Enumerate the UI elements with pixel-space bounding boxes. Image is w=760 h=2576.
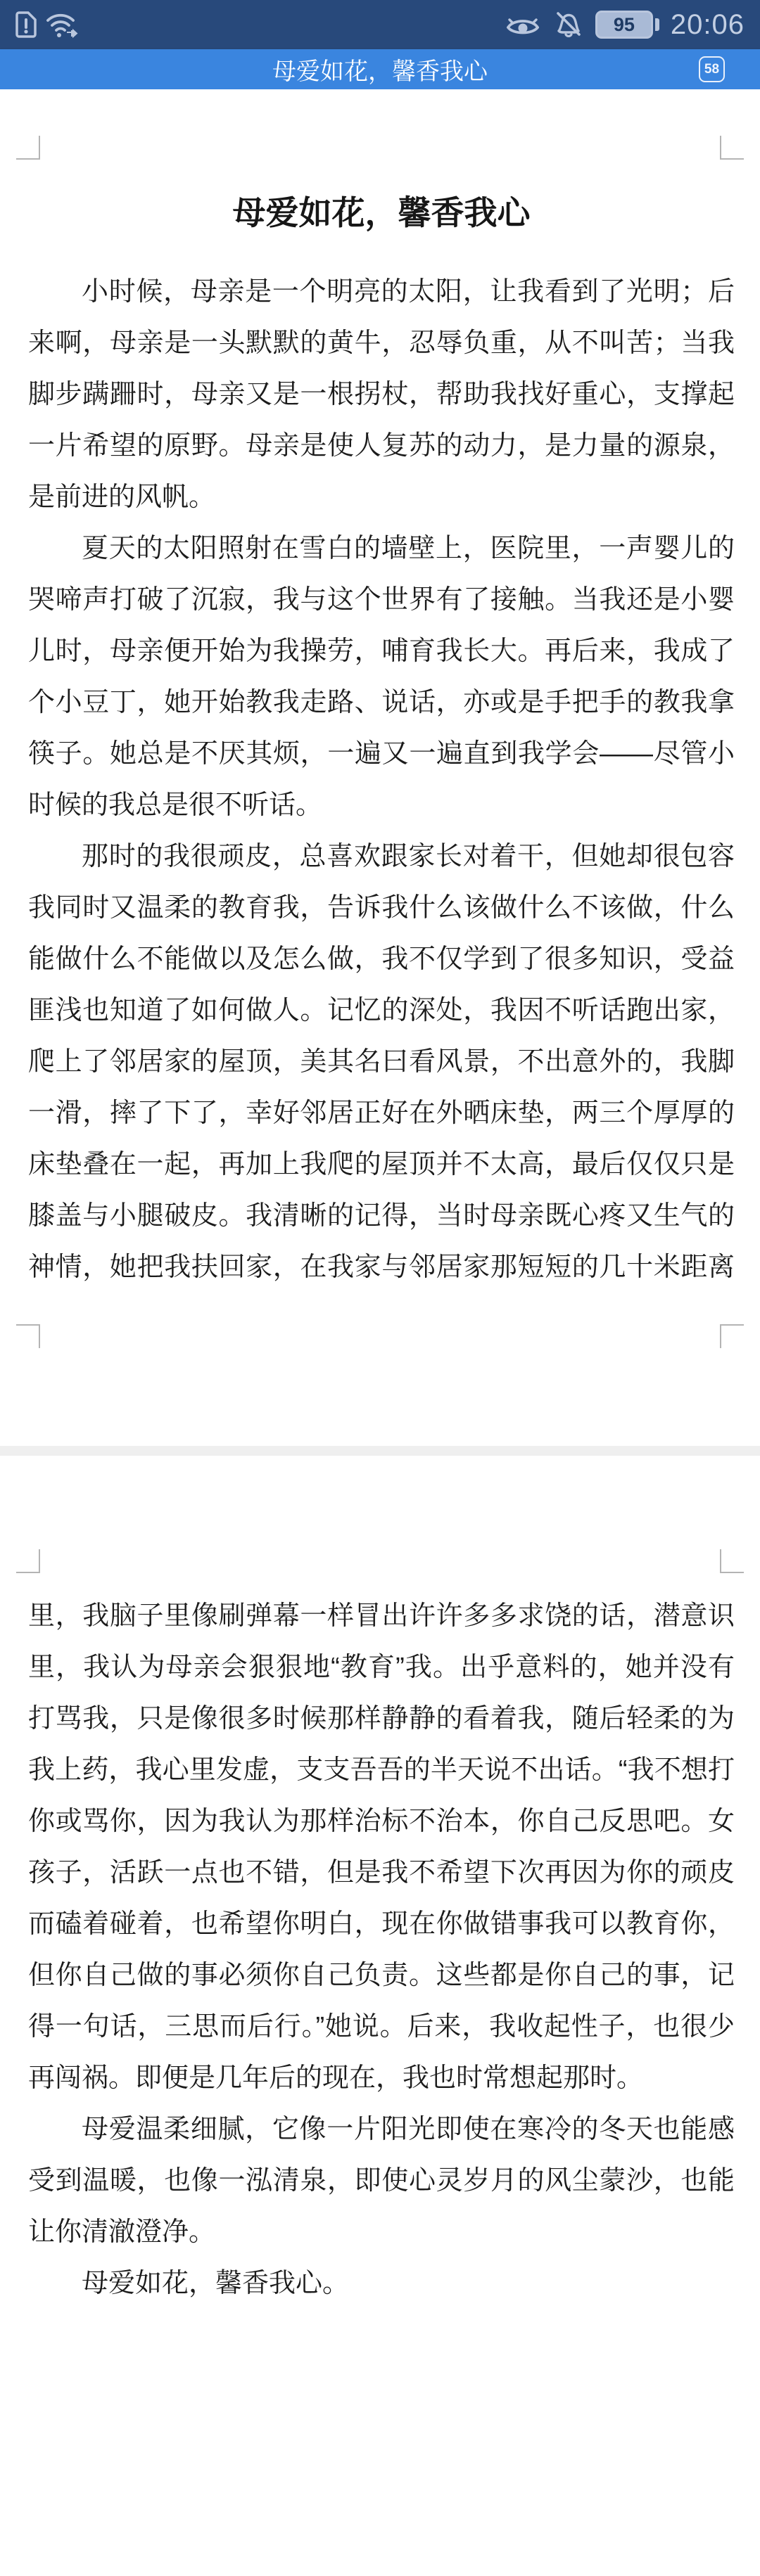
- document-viewer[interactable]: 母爱如花，馨香我心 小时候，母亲是一个明亮的太阳，让我看到了光明；后来啊，母亲是…: [0, 89, 760, 2576]
- page1-margin-mark-top-right: [720, 136, 744, 160]
- essay-paragraph: 那时的我很顽皮，总喜欢跟家长对着干，但她却很包容我同时又温柔的教育我，告诉我什么…: [28, 831, 735, 1293]
- eye-comfort-icon: [504, 11, 542, 39]
- essay-paragraph: 母爱温柔细腻，它像一片阳光即使在寒冷的冬天也能感受到温暖，也像一泓清泉，即使心灵…: [28, 2104, 735, 2258]
- bell-muted-icon: [553, 10, 584, 39]
- essay-paragraph: 小时候，母亲是一个明亮的太阳，让我看到了光明；后来啊，母亲是一头默默的黄牛，忍辱…: [28, 267, 735, 523]
- document-page-1[interactable]: 母爱如花，馨香我心 小时候，母亲是一个明亮的太阳，让我看到了光明；后来啊，母亲是…: [0, 89, 760, 1446]
- clock-time: 20:06: [671, 9, 745, 41]
- document-name: 母爱如花，馨香我心: [272, 52, 488, 86]
- page1-margin-mark-top-left: [16, 136, 40, 160]
- essay-title: 母爱如花，馨香我心: [28, 195, 735, 231]
- page1-margin-mark-bottom-left: [16, 1324, 40, 1348]
- sim-alert-icon: [15, 11, 37, 38]
- battery-level: 95: [614, 14, 635, 36]
- page-break-separator: [0, 1446, 760, 1456]
- essay-paragraph: 母爱如花，馨香我心。: [28, 2258, 735, 2309]
- status-bar-right: 95 20:06: [504, 9, 745, 41]
- view-count-badge[interactable]: 58: [699, 56, 725, 82]
- essay-paragraph: 里，我脑子里像刷弹幕一样冒出许许多多求饶的话，潜意识里，我认为母亲会狠狠地“教育…: [28, 1591, 735, 2104]
- page2-margin-mark-top-right: [720, 1549, 744, 1573]
- app-title-bar: 母爱如花，馨香我心 58: [0, 49, 760, 89]
- page2-margin-mark-top-left: [16, 1549, 40, 1573]
- status-bar: 95 20:06: [0, 0, 760, 49]
- battery-icon: 95: [595, 11, 659, 39]
- essay-paragraph: 夏天的太阳照射在雪白的墙壁上，医院里，一声婴儿的哭啼声打破了沉寂，我与这个世界有…: [28, 523, 735, 831]
- status-bar-left: [15, 11, 79, 38]
- wifi-icon: [45, 11, 79, 38]
- document-page-2[interactable]: 里，我脑子里像刷弹幕一样冒出许许多多求饶的话，潜意识里，我认为母亲会狠狠地“教育…: [0, 1456, 760, 2576]
- page1-margin-mark-bottom-right: [720, 1324, 744, 1348]
